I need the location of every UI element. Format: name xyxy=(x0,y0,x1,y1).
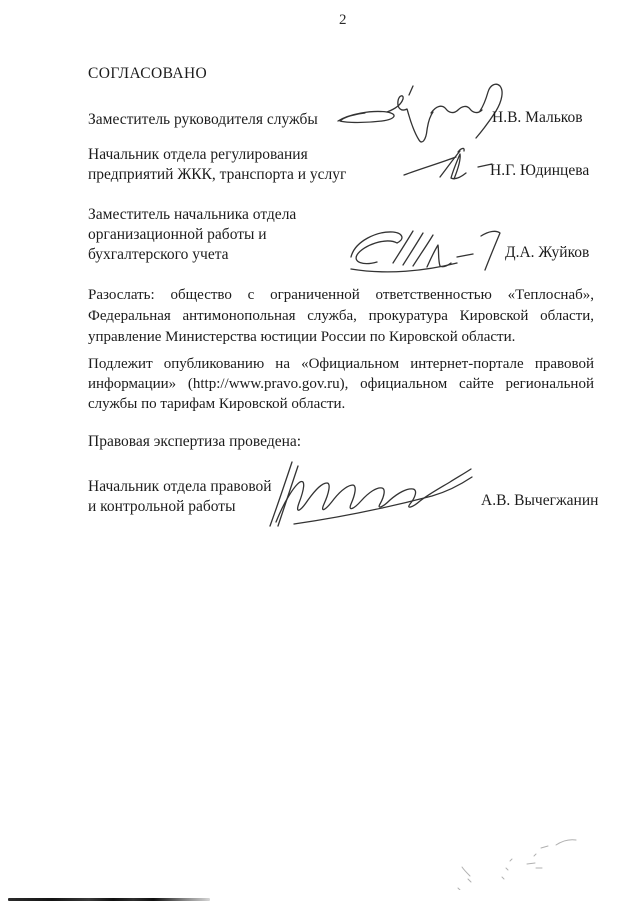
signatory-title: Начальник отдела правовой xyxy=(88,477,272,497)
signature-vychegzhanin-icon xyxy=(264,458,476,532)
scan-artifact-line xyxy=(8,898,210,901)
paragraph-line: службы по тарифам Кировской области. xyxy=(88,394,594,414)
signatory-title: Начальник отдела регулирования xyxy=(88,145,308,165)
legal-review-heading: Правовая экспертиза проведена: xyxy=(88,432,301,452)
signatory-title: организационной работы и xyxy=(88,225,267,245)
signatory-title: Заместитель начальника отдела xyxy=(88,205,296,225)
signatory-title: предприятий ЖКК, транспорта и услуг xyxy=(88,165,346,185)
signatory-name: А.В. Вычегжанин xyxy=(481,492,598,510)
signatory-title: бухгалтерского учета xyxy=(88,245,229,265)
signatory-title: Заместитель руководителя службы xyxy=(88,110,318,130)
distribution-paragraph: Разослать: общество с ограниченной ответ… xyxy=(88,285,594,348)
signatory-name: Д.А. Жуйков xyxy=(505,244,589,262)
document-page: 2 СОГЛАСОВАНО Заместитель руководителя с… xyxy=(0,0,640,905)
paragraph-line: Федеральная антимонопольная служба, прок… xyxy=(88,306,594,327)
signature-zhuykov-icon xyxy=(343,221,515,277)
page-number: 2 xyxy=(339,12,347,29)
paragraph-line: Разослать: общество с ограниченной ответ… xyxy=(88,285,594,306)
paragraph-line: информации» (http://www.pravo.gov.ru), о… xyxy=(88,374,594,394)
paragraph-line: управление Министерства юстиции России п… xyxy=(88,327,594,348)
approval-heading: СОГЛАСОВАНО xyxy=(88,65,207,83)
signature-malkov-icon xyxy=(335,83,507,149)
publication-paragraph: Подлежит опубликованию на «Официальном и… xyxy=(88,354,594,414)
signatory-name: Н.В. Мальков xyxy=(492,109,583,127)
pencil-mark-icon xyxy=(440,835,585,890)
signatory-name: Н.Г. Юдинцева xyxy=(490,162,589,180)
signature-yudintseva-icon xyxy=(402,146,498,186)
signatory-title: и контрольной работы xyxy=(88,497,236,517)
paragraph-line: Подлежит опубликованию на «Официальном и… xyxy=(88,354,594,374)
